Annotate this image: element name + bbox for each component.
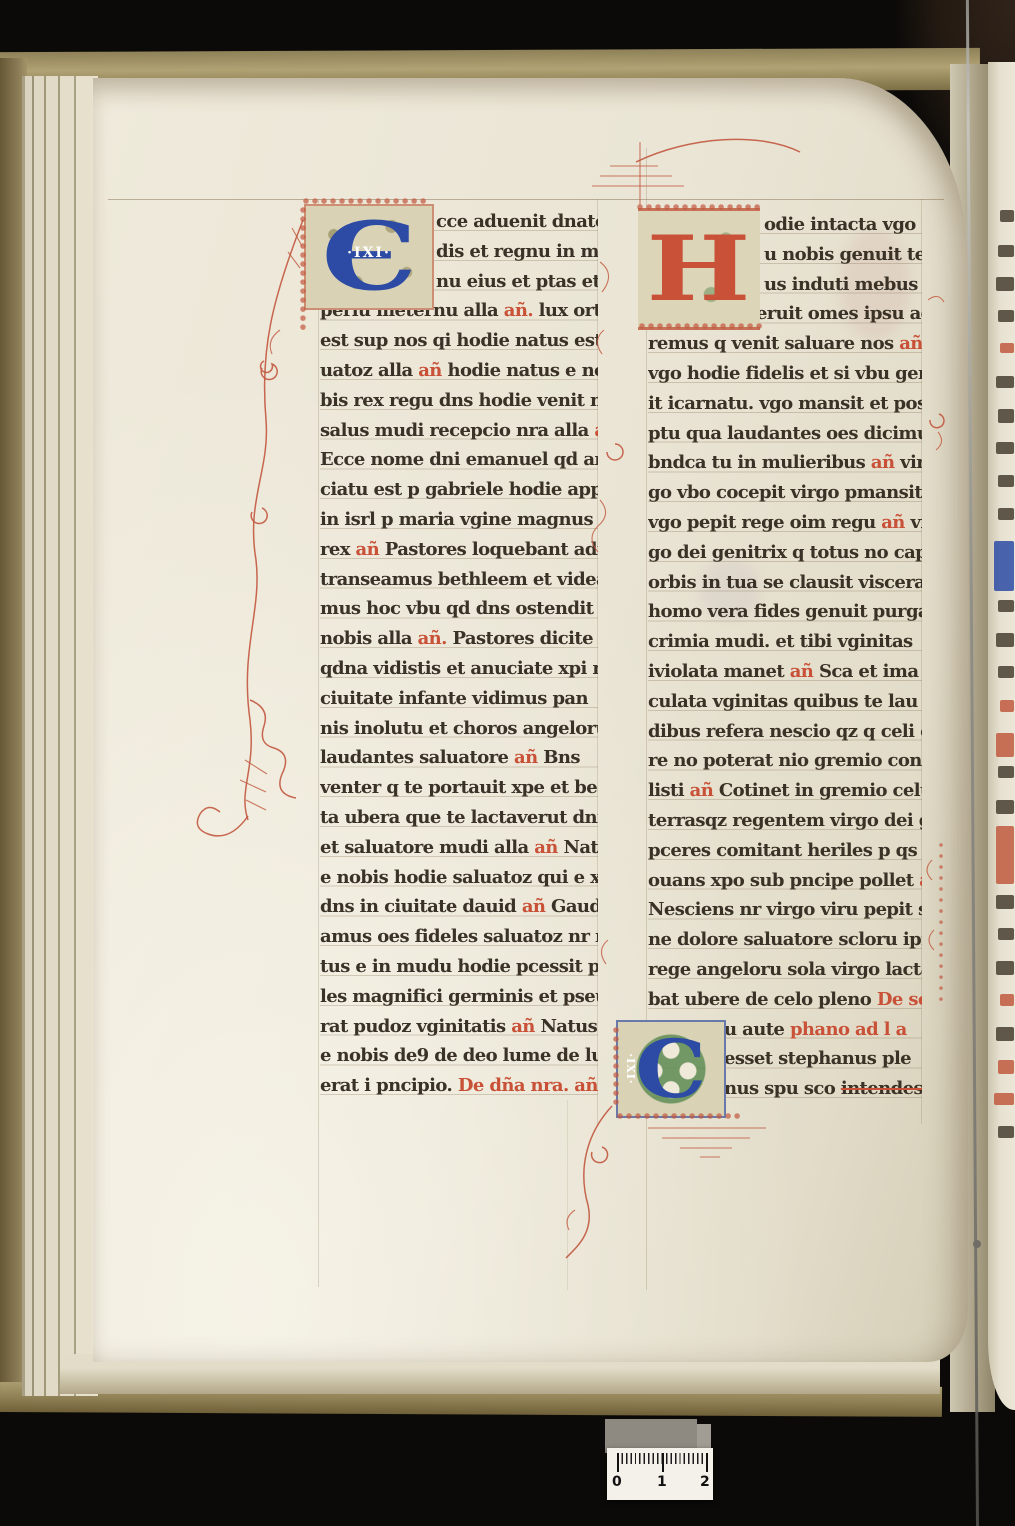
text-run: us induti mebus [764, 274, 918, 295]
text-run: añ. [504, 300, 533, 321]
text-line: crimia mudi. et tibi vginitas [648, 627, 922, 657]
text-run: De dña nra. añ [458, 1075, 598, 1096]
facing-page-text-fragment [998, 508, 1014, 520]
restraint-bead [973, 1240, 981, 1248]
text-run: nus spu sco [724, 1078, 841, 1099]
text-run: Sca et ima [813, 661, 918, 682]
ruler-major-tick [662, 1453, 664, 1472]
text-run: et saluatore mudi alla [320, 837, 534, 858]
text-run: qdna vidistis et anuciate xpi na [320, 658, 598, 679]
text-line: in isrl p maria vgine magnus [320, 505, 598, 535]
text-line: rege angeloru sola virgo lacta [648, 955, 922, 985]
text-run: añ [690, 780, 714, 801]
facing-page-text-fragment [1000, 700, 1014, 712]
text-run: amus oes fideles saluatoz nr na [320, 926, 598, 947]
text-run: venter q te portauit xpe et bea [320, 777, 598, 798]
text-line: rex añ Pastores loquebant adiuice [320, 535, 598, 565]
text-line: qdna vidistis et anuciate xpi na [320, 654, 598, 684]
facing-page-text-fragment [996, 1027, 1014, 1041]
text-run: salus mudi recepcio nra alla [320, 420, 594, 441]
left-text-column: cce aduenit dnatozdis et regnu in manu e… [320, 207, 598, 1101]
text-line: les magnifici germinis et pseue [320, 982, 598, 1012]
text-run: añ [790, 661, 814, 682]
initial-inlay-pattern: ·IXI· [347, 245, 391, 261]
ruler-major-tick [617, 1453, 619, 1472]
text-line: dns in ciuitate dauid añ Gaude [320, 892, 598, 922]
facing-page-text-fragment [994, 541, 1014, 591]
text-run: crimia mudi. et tibi vginitas [648, 631, 913, 652]
text-run: ta ubera que te lactaverut dnm [320, 807, 598, 828]
ruling-line-vertical [567, 1100, 568, 1290]
text-line: ciuitate infante vidimus pan [320, 684, 598, 714]
text-line: pceres comitant heriles p qs orb [648, 836, 922, 866]
text-run: añ [871, 452, 895, 473]
text-run: remus q venit saluare nos [648, 333, 899, 354]
text-run: cce aduenit dnatoz [436, 211, 598, 232]
text-run: u aute [724, 1019, 790, 1040]
text-run: bis rex regu dns hodie venit nob [320, 390, 598, 411]
text-run: Pastores dicite [447, 628, 593, 649]
text-run: laudantes saluatore [320, 747, 514, 768]
facing-page-text-fragment [996, 826, 1014, 884]
text-run: u nobis genuit tene [764, 244, 922, 265]
text-line: ciatu est p gabriele hodie apparuit [320, 475, 598, 505]
facing-page-text-fragment [996, 733, 1014, 757]
cm-ruler: 0 1 2 [607, 1448, 713, 1500]
text-run: in isrl p maria vgine magnus [320, 509, 593, 530]
initial-h-decorated: H [638, 208, 760, 330]
text-line: remus q venit saluare nos añ [648, 329, 922, 359]
text-run: vir [894, 452, 922, 473]
initial-c-decorated: C ·IXI· [616, 1020, 726, 1118]
text-run: nu eius et ptas et i [436, 271, 598, 292]
text-line: ptu qua laudantes oes dicimus [648, 419, 922, 449]
facing-page-text-fragment [998, 1126, 1014, 1138]
text-line: dibus refera nescio qz q celi cape [648, 717, 922, 747]
facing-page-text-fragment [996, 800, 1014, 814]
text-run: añ [418, 360, 442, 381]
text-run: añ [919, 870, 922, 891]
ruler-label: 0 [612, 1474, 622, 1490]
text-line: venter q te portauit xpe et bea [320, 773, 598, 803]
text-line: Nesciens nr virgo viru pepit si [648, 895, 922, 925]
text-run: e nobis de9 de deo lume de luie qd [320, 1045, 598, 1066]
text-run: De sco Ste [877, 989, 922, 1010]
text-run: Gaude [545, 896, 598, 917]
facing-page-text-fragment [998, 409, 1014, 423]
facing-page-text-fragment [1000, 210, 1014, 222]
initial-letter: C [635, 1029, 706, 1109]
text-run: añ [899, 333, 922, 354]
text-line: tus e in mudu hodie pcessit p [320, 952, 598, 982]
text-run: añ [534, 837, 558, 858]
facing-page-text-fragment [994, 1093, 1014, 1105]
ruler-label: 2 [700, 1474, 710, 1490]
text-run: listi [648, 780, 690, 801]
text-run: esset stephanus ple [724, 1048, 911, 1069]
text-run: it icarnatu. vgo mansit et post [648, 393, 922, 414]
text-run: vgo pepit rege oim regu [648, 512, 881, 533]
facing-page-text-fragment [998, 1060, 1014, 1074]
facing-page-text-fragment [998, 666, 1014, 678]
text-run: añ [514, 747, 538, 768]
text-line: listi añ Cotinet in gremio celu [648, 776, 922, 806]
text-run: les magnifici germinis et pseue [320, 986, 598, 1007]
text-run: re no poterat nio gremio contu [648, 750, 922, 771]
facing-page-text-fragment [998, 475, 1014, 487]
initial-letter: H [647, 224, 751, 314]
text-run: rege angeloru sola virgo lacta [648, 959, 922, 980]
text-line: mus hoc vbu qd dns ostendit [320, 594, 598, 624]
initial-e-decorated: Є ·IXI· [304, 204, 434, 310]
text-run: pceres comitant heriles p qs orb [648, 840, 922, 861]
text-line: go dei genitrix q totus no capit [648, 538, 922, 568]
text-line: vgo hodie fidelis et si vbu genu [648, 359, 922, 389]
text-run: phano ad l a [790, 1019, 907, 1040]
text-run: Pastores loquebant adiuice [379, 539, 598, 560]
text-run: homo vera fides genuit purgauit [648, 601, 922, 622]
text-line: re no poterat nio gremio contu [648, 746, 922, 776]
text-run: vgo hodie fidelis et si vbu genu [648, 363, 922, 384]
text-run: tus e in mudu hodie pcessit p [320, 956, 598, 977]
initial-inlay-pattern: ·IXI· [624, 1053, 637, 1085]
text-run: ciatu est p gabriele hodie apparuit [320, 479, 598, 500]
ruling-line-top [108, 199, 944, 200]
text-run: añ [594, 420, 598, 441]
text-line: salus mudi recepcio nra alla añ [320, 416, 598, 446]
text-line: ta ubera que te lactaverut dnm [320, 803, 598, 833]
text-line: culata vginitas quibus te lau [648, 687, 922, 717]
text-run: mus hoc vbu qd dns ostendit [320, 598, 593, 619]
text-line: laudantes saluatore añ Bns [320, 743, 598, 773]
text-run: go dei genitrix q totus no capit [648, 542, 922, 563]
text-run: rex [320, 539, 356, 560]
text-run: Cotinet in gremio celu [713, 780, 922, 801]
text-run: Nat9 [558, 837, 598, 858]
text-run: añ. [418, 628, 447, 649]
text-line: bndca tu in mulieribus añ vir [648, 448, 922, 478]
text-line: bat ubere de celo pleno De sco Ste [648, 985, 922, 1015]
text-run: uatoz alla [320, 360, 418, 381]
facing-page-text-fragment [998, 310, 1014, 322]
text-line: e nobis hodie saluatoz qui e xps [320, 863, 598, 893]
text-run: ouans xpo sub pncipe pollet [648, 870, 919, 891]
text-run: añ [356, 539, 380, 560]
ruler-label: 1 [657, 1474, 667, 1490]
text-line: transeamus bethleem et videa [320, 565, 598, 595]
text-line: Ecce nome dni emanuel qd anu [320, 445, 598, 475]
facing-page-text-fragment [996, 277, 1014, 291]
facing-page-text-fragment [1000, 994, 1014, 1006]
text-line: nobis alla añ. Pastores dicite [320, 624, 598, 654]
text-run: intendes [841, 1078, 922, 1099]
text-line: ne dolore saluatore scloru ipm [648, 925, 922, 955]
facing-page-text-fragment [998, 928, 1014, 940]
text-run: ptu qua laudantes oes dicimus [648, 423, 922, 444]
text-line: it icarnatu. vgo mansit et post [648, 389, 922, 419]
text-run: ne dolore saluatore scloru ipm [648, 929, 922, 950]
text-run: Ecce nome dni emanuel qd anu [320, 449, 598, 470]
text-line: e nobis de9 de deo lume de luie qd [320, 1041, 598, 1071]
text-run: Nesciens nr virgo viru pepit si [648, 899, 922, 920]
text-run: odie intacta vgo de [764, 214, 922, 235]
text-run: dibus refera nescio qz q celi cape [648, 721, 922, 742]
text-line: rat pudoz vginitatis añ Natus [320, 1012, 598, 1042]
photo-backdrop: { "scene": { "description": "Photograph … [0, 0, 1015, 1526]
text-line: uatoz alla añ hodie natus e no [320, 356, 598, 386]
facing-page-text-fragment [998, 245, 1014, 257]
text-run: añ [881, 512, 905, 533]
text-run: añ [511, 1016, 535, 1037]
text-run: est sup nos qi hodie natus est sal [320, 330, 598, 351]
facing-page-text-fragment [996, 961, 1014, 975]
text-run: orbis in tua se clausit viscera fcs [648, 572, 922, 593]
text-run: dns in ciuitate dauid [320, 896, 522, 917]
text-line: est sup nos qi hodie natus est sal [320, 326, 598, 356]
facing-page-text-fragment [998, 766, 1014, 778]
text-run: nobis alla [320, 628, 418, 649]
text-run: erat i pncipio. [320, 1075, 458, 1096]
text-run: Bns [538, 747, 580, 768]
text-run: bat ubere de celo pleno [648, 989, 877, 1010]
facing-page-edge [988, 62, 1015, 1410]
text-run: vir [905, 512, 922, 533]
text-run: transeamus bethleem et videa [320, 569, 598, 590]
text-run: bndca tu in mulieribus [648, 452, 871, 473]
text-run: iviolata manet [648, 661, 790, 682]
facing-page-text-fragment [996, 442, 1014, 454]
text-run: e nobis hodie saluatoz qui e xps [320, 867, 598, 888]
right-text-column: odie intacta vgo deu nobis genuit teneus… [648, 210, 922, 1104]
text-line: homo vera fides genuit purgauit [648, 597, 922, 627]
facing-page-text-fragment [996, 376, 1014, 388]
text-run: terrasqz regentem virgo dei genitur [648, 810, 922, 831]
text-line: bis rex regu dns hodie venit nob [320, 386, 598, 416]
text-line: nis inolutu et choros angeloru [320, 714, 598, 744]
text-line: terrasqz regentem virgo dei genitur [648, 806, 922, 836]
ruler-major-tick [706, 1453, 708, 1472]
text-run: dis et regnu in ma [436, 241, 598, 262]
text-line: et saluatore mudi alla añ Nat9 [320, 833, 598, 863]
text-line: vgo pepit rege oim regu añ vir [648, 508, 922, 538]
page-stack-left-edges [22, 76, 98, 1396]
text-run: rat pudoz vginitatis [320, 1016, 511, 1037]
facing-page-text-fragment [1000, 343, 1014, 353]
text-run: culata vginitas quibus te lau [648, 691, 918, 712]
text-run: Natus [535, 1016, 597, 1037]
text-line: go vbo cocepit virgo pmansit [648, 478, 922, 508]
text-run: go vbo cocepit virgo pmansit [648, 482, 922, 503]
text-run: hodie natus e no [442, 360, 598, 381]
text-run: nis inolutu et choros angeloru [320, 718, 598, 739]
text-line: orbis in tua se clausit viscera fcs [648, 568, 922, 598]
text-line: amus oes fideles saluatoz nr na [320, 922, 598, 952]
text-run: ciuitate infante vidimus pan [320, 688, 588, 709]
text-line: erat i pncipio. De dña nra. añ [320, 1071, 598, 1101]
facing-page-text-fragment [996, 895, 1014, 909]
text-run: añ [522, 896, 546, 917]
facing-page-text-fragment [998, 600, 1014, 612]
text-line: iviolata manet añ Sca et ima [648, 657, 922, 687]
facing-page-text-fragment [996, 633, 1014, 647]
text-line: ouans xpo sub pncipe pollet añ [648, 866, 922, 896]
ruling-line-vertical [318, 199, 319, 1287]
text-run: lux orta [533, 300, 598, 321]
